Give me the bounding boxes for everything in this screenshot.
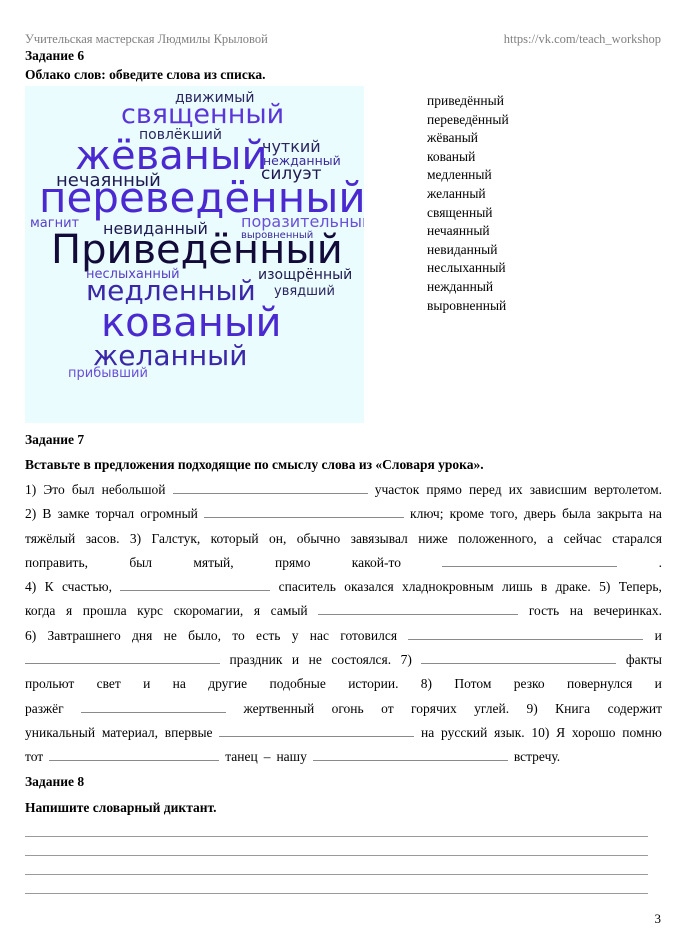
answer-blank[interactable]: [173, 479, 368, 494]
word-list-item: медленный: [427, 166, 509, 185]
task7-word: перед: [469, 478, 502, 502]
word-list-item: нежданный: [427, 278, 509, 297]
answer-blank[interactable]: [219, 722, 414, 737]
task7-word: тяжёлый: [25, 527, 75, 551]
word-list-item: кованый: [427, 148, 509, 167]
task7-word: праздник: [229, 648, 282, 672]
task7-word: другие: [208, 672, 247, 696]
task7-word: курс: [137, 599, 163, 623]
task7-word: впервые: [165, 721, 213, 745]
task7-word: какой-то: [352, 551, 401, 575]
task7-word: тот: [25, 745, 43, 769]
cloud-word[interactable]: изощрённый: [258, 268, 352, 282]
task7-word: помню: [622, 721, 662, 745]
task7-word: 4): [25, 575, 36, 599]
task8-instruction: Напишите словарный диктант.: [25, 800, 217, 816]
task7-word: подобные: [269, 672, 325, 696]
task7-word: дня: [132, 624, 152, 648]
task7-word: хорошо: [572, 721, 616, 745]
task7-word: встречу.: [514, 745, 560, 769]
task7-word: оказался: [344, 575, 393, 599]
task7-word: прямо: [275, 551, 310, 575]
task7-line: прольютсветинадругиеподобныеистории.8)По…: [25, 672, 662, 696]
task7-word: ниже: [418, 527, 448, 551]
task7-word: огонь: [332, 697, 364, 721]
task7-word: поправить,: [25, 551, 88, 575]
task7-word: на: [570, 599, 583, 623]
task7-word: дверь: [524, 502, 556, 526]
task7-line: праздникинесостоялся.7)факты: [25, 648, 662, 672]
task7-line: поправить,былмятый,прямокакой-то.: [25, 551, 662, 575]
task7-word: хладнокровным: [402, 575, 494, 599]
task7-word: закрыта: [597, 502, 643, 526]
answer-blank[interactable]: [421, 649, 616, 664]
task7-word: 2): [25, 502, 36, 526]
task7-word: 1): [25, 478, 36, 502]
task6-title: Задание 6: [25, 48, 84, 64]
task7-word: торчал: [96, 502, 135, 526]
task7-word: была: [562, 502, 591, 526]
task7-word: резко: [514, 672, 545, 696]
task7-word: В: [42, 502, 51, 526]
task7-word: прольют: [25, 672, 74, 696]
dictation-line[interactable]: [25, 874, 648, 875]
task7-word: и: [292, 648, 299, 672]
task7-word: вертолетом.: [594, 478, 662, 502]
task7-word: русский: [441, 721, 487, 745]
task7-line: разжёгжертвенныйогоньотгорячихуглей.9)Кн…: [25, 697, 662, 721]
task7-instruction: Вставьте в предложения подходящие по смы…: [25, 457, 484, 473]
task7-word: засов.: [86, 527, 120, 551]
answer-blank[interactable]: [442, 552, 617, 567]
task7-word: скоромагии,: [174, 599, 244, 623]
answer-blank[interactable]: [120, 576, 270, 591]
word-list-item: невиданный: [427, 241, 509, 260]
task7-word: драке.: [556, 575, 591, 599]
task7-word: вечеринках.: [594, 599, 662, 623]
word-list-item: желанный: [427, 185, 509, 204]
task7-word: был: [129, 551, 152, 575]
task7-word: Галстук,: [152, 527, 201, 551]
task7-word: прошла: [83, 599, 127, 623]
task7-word: который: [211, 527, 259, 551]
answer-blank[interactable]: [313, 746, 508, 761]
header-author: Учительская мастерская Людмилы Крыловой: [25, 32, 268, 47]
task7-word: завязывал: [351, 527, 408, 551]
task7-title: Задание 7: [25, 432, 84, 448]
task7-word: то: [232, 624, 244, 648]
task7-word: мятый,: [193, 551, 233, 575]
task7-word: углей.: [474, 697, 509, 721]
task7-word: на: [421, 721, 434, 745]
cloud-word[interactable]: Приведённый: [51, 230, 343, 270]
cloud-word[interactable]: прибывший: [68, 367, 148, 380]
task7-word: 3): [130, 527, 141, 551]
task7-word: спаситель: [279, 575, 336, 599]
page-number: 3: [655, 911, 662, 927]
task7-word: есть: [256, 624, 280, 648]
task7-line: тяжёлыйзасов.3)Галстук,которыйон,обычноз…: [25, 527, 662, 551]
task7-text: 1)Этобылнебольшойучастокпрямопередихзави…: [25, 478, 662, 770]
task7-word: у: [292, 624, 299, 648]
task7-word: от: [381, 697, 393, 721]
cloud-word[interactable]: увядший: [274, 285, 335, 298]
task8-title: Задание 8: [25, 774, 84, 790]
task7-word: танец: [225, 745, 258, 769]
task7-word: .: [659, 551, 662, 575]
task7-word: 6): [25, 624, 36, 648]
task7-word: готовился: [340, 624, 397, 648]
answer-blank[interactable]: [204, 503, 404, 518]
task7-word: ключ;: [410, 502, 443, 526]
task7-word: 8): [421, 672, 432, 696]
task7-word: не: [164, 624, 177, 648]
task7-word: не: [309, 648, 322, 672]
task7-word: счастью,: [62, 575, 112, 599]
task7-word: огромный: [140, 502, 198, 526]
task7-word: кроме: [450, 502, 484, 526]
task7-word: 7): [401, 648, 412, 672]
task7-word: язык.: [494, 721, 525, 745]
task7-word: старался: [612, 527, 662, 551]
cloud-word[interactable]: священный: [121, 101, 284, 128]
task7-line: 6)Завтрашнегоднянебыло,тоестьунасготовил…: [25, 624, 662, 648]
task7-word: я: [66, 599, 72, 623]
task7-word: положенного,: [458, 527, 537, 551]
task7-word: а: [547, 527, 553, 551]
task7-word: Потом: [454, 672, 491, 696]
task7-word: состоялся.: [331, 648, 391, 672]
task7-word: Я: [556, 721, 565, 745]
task7-word: разжёг: [25, 697, 64, 721]
task7-word: уникальный: [25, 721, 95, 745]
word-list-item: священный: [427, 204, 509, 223]
task7-word: зависшим: [530, 478, 587, 502]
answer-blank[interactable]: [49, 746, 219, 761]
task7-word: он,: [269, 527, 286, 551]
task7-word: было,: [188, 624, 221, 648]
task7-word: –: [264, 745, 271, 769]
task7-word: сейчас: [564, 527, 602, 551]
dictation-line[interactable]: [25, 855, 648, 856]
header-link[interactable]: https://vk.com/teach_workshop: [504, 32, 661, 47]
task7-word: и: [655, 672, 662, 696]
page-header: Учительская мастерская Людмилы Крыловой …: [25, 32, 661, 48]
task7-word: лишь: [502, 575, 533, 599]
task7-word: гость: [529, 599, 559, 623]
task7-word: прямо: [426, 478, 461, 502]
answer-blank[interactable]: [81, 698, 226, 713]
task7-word: Завтрашнего: [48, 624, 121, 648]
task7-word: на: [649, 502, 662, 526]
word-cloud: движимый священный повлёкший жёваный чут…: [25, 86, 364, 423]
task7-line: когдаяпрошлакурсскоромагии,ясамыйгостьна…: [25, 599, 662, 623]
dictation-line[interactable]: [25, 836, 648, 837]
task7-word: жертвенный: [244, 697, 315, 721]
word-list-item: нечаянный: [427, 222, 509, 241]
task7-word: небольшой: [102, 478, 166, 502]
task7-word: и: [143, 672, 150, 696]
task7-line: 1)Этобылнебольшойучастокпрямопередихзави…: [25, 478, 662, 502]
task7-word: нас: [310, 624, 329, 648]
word-list: приведённыйпереведённыйжёваныйкованыймед…: [427, 92, 509, 315]
task7-word: самый: [271, 599, 308, 623]
task7-word: Книга: [555, 697, 590, 721]
word-list-item: неслыханный: [427, 259, 509, 278]
task7-word: 10): [531, 721, 549, 745]
task6-instruction: Облако слов: обведите слова из списка.: [25, 67, 266, 83]
word-list-item: приведённый: [427, 92, 509, 111]
task7-word: в: [541, 575, 547, 599]
task7-word: того,: [490, 502, 518, 526]
dictation-line[interactable]: [25, 893, 648, 894]
task7-word: истории.: [348, 672, 398, 696]
task7-word: горячих: [411, 697, 457, 721]
task7-word: К: [45, 575, 54, 599]
task7-word: на: [173, 672, 186, 696]
task7-line: уникальныйматериал,впервыенарусскийязык.…: [25, 721, 662, 745]
task7-word: нашу: [276, 745, 306, 769]
answer-blank[interactable]: [408, 625, 643, 640]
task7-word: повернулся: [567, 672, 632, 696]
task7-word: 5): [599, 575, 610, 599]
task7-word: я: [254, 599, 260, 623]
answer-blank[interactable]: [25, 649, 220, 664]
task7-word: 9): [527, 697, 538, 721]
word-list-item: выровненный: [427, 297, 509, 316]
word-list-item: переведённый: [427, 111, 509, 130]
task7-line: тоттанец–нашувстречу.: [25, 745, 662, 769]
task7-word: участок: [375, 478, 420, 502]
task7-word: содержит: [608, 697, 662, 721]
task7-line: 2)Взамкеторчалогромныйключ;крометого,две…: [25, 502, 662, 526]
task7-word: замке: [57, 502, 89, 526]
task7-word: материал,: [102, 721, 158, 745]
task7-word: обычно: [297, 527, 340, 551]
cloud-word[interactable]: кованый: [101, 303, 281, 343]
task7-word: их: [509, 478, 523, 502]
answer-blank[interactable]: [318, 600, 518, 615]
task7-word: был: [72, 478, 95, 502]
task7-word: когда: [25, 599, 55, 623]
task7-word: Это: [43, 478, 64, 502]
task7-word: и: [655, 624, 662, 648]
task7-word: факты: [626, 648, 662, 672]
task7-word: свет: [97, 672, 121, 696]
task7-line: 4)Ксчастью,спасительоказалсяхладнокровны…: [25, 575, 662, 599]
task7-word: Теперь,: [619, 575, 662, 599]
word-list-item: жёваный: [427, 129, 509, 148]
